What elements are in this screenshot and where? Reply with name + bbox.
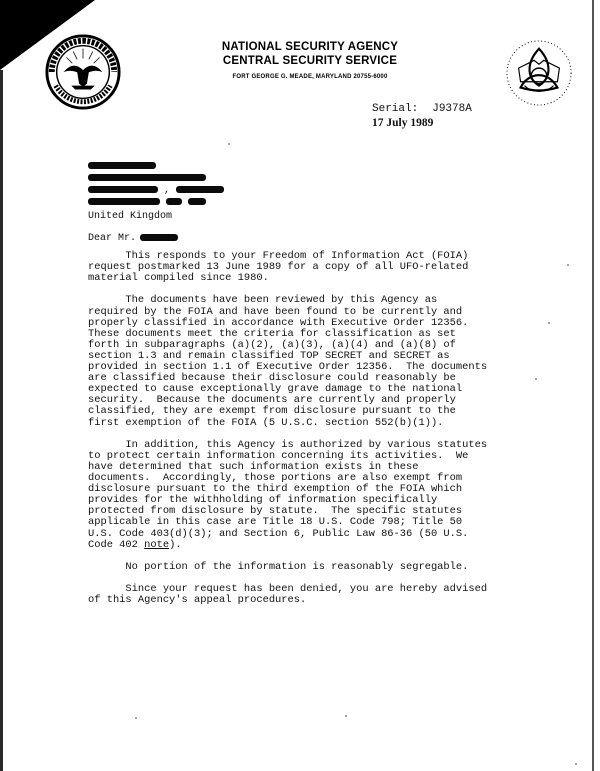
letter-page: NATIONAL SECURITY AGENCY CENTRAL SECURIT…: [0, 0, 600, 771]
salutation: Dear Mr.: [88, 232, 178, 244]
agency-name: NATIONAL SECURITY AGENCY: [200, 40, 420, 54]
redacted-address-line: ,: [88, 184, 224, 196]
constitution-bicentennial-seal-icon: [505, 38, 573, 108]
redacted-name: [140, 234, 178, 241]
body-line: No portion of the information is reasona…: [88, 562, 558, 573]
salutation-text: Dear Mr.: [88, 233, 136, 244]
body-paragraph: Since your request has been denied, you …: [88, 584, 558, 606]
body-paragraph: This responds to your Freedom of Informa…: [88, 251, 558, 284]
body-paragraph: In addition, this Agency is authorized b…: [88, 440, 558, 551]
recipient-address: , United Kingdom: [88, 160, 224, 222]
redacted-address-line: [88, 196, 224, 208]
letter-date: 17 July 1989: [372, 116, 472, 130]
body-line: required by the FOIA and have been found…: [88, 307, 558, 318]
body-line: classified, they are exempt from disclos…: [88, 406, 558, 417]
department-of-defense-seal-icon: [44, 32, 122, 112]
recipient-country: United Kingdom: [88, 211, 224, 222]
reference-block: Serial:J9378A 17 July 1989: [372, 102, 472, 130]
body-line: first exemption of the FOIA (5 U.S.C. se…: [88, 418, 558, 429]
letter-body: This responds to your Freedom of Informa…: [88, 251, 558, 618]
body-line: applicable in this case are Title 18 U.S…: [88, 517, 558, 528]
scan-right-edge: [592, 0, 594, 771]
body-line: of this Agency's appeal procedures.: [88, 595, 558, 606]
body-paragraph: No portion of the information is reasona…: [88, 562, 558, 573]
redacted-address-line: [88, 172, 224, 184]
serial-number: J9378A: [432, 103, 472, 115]
redacted-address-line: [88, 160, 224, 172]
scan-left-edge: [0, 70, 3, 771]
body-paragraph: The documents have been reviewed by this…: [88, 295, 558, 428]
serial-label: Serial:: [372, 103, 418, 115]
body-line: material compiled since 1980.: [88, 273, 558, 284]
service-name: CENTRAL SECURITY SERVICE: [200, 54, 420, 68]
agency-address: FORT GEORGE G. MEADE, MARYLAND 20755-600…: [200, 74, 420, 80]
body-line: The documents have been reviewed by this…: [88, 295, 558, 306]
body-line: Code 402 note).: [88, 540, 558, 551]
letterhead: NATIONAL SECURITY AGENCY CENTRAL SECURIT…: [200, 40, 420, 80]
